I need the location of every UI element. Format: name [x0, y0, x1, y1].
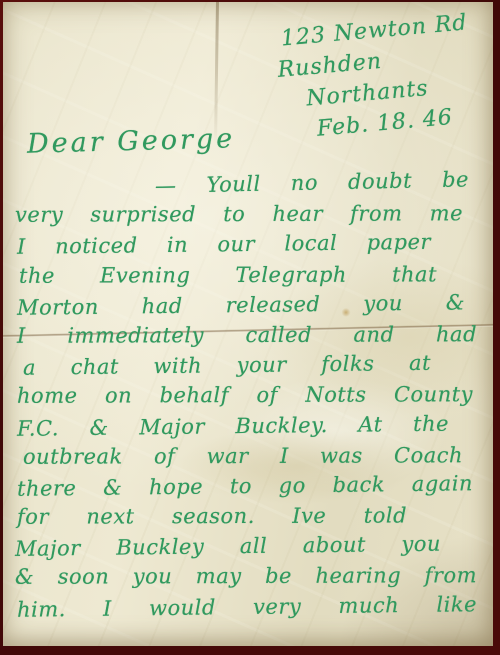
- body-line: him. I would very much like: [15, 589, 479, 625]
- body-line: I noticed in our local paper: [15, 227, 479, 263]
- body-line: & soon you may be hearing from: [15, 561, 479, 593]
- letter-body: — Youll no doubt be very surprised to he…: [15, 169, 479, 622]
- body-line: for next season. Ive told: [15, 500, 479, 532]
- body-line: there & hope to go back again: [15, 468, 479, 504]
- body-line: I immediately called and had: [15, 319, 479, 351]
- body-line: a chat with your folks at: [15, 347, 479, 383]
- letter-paper: 123 Newton Rd Rushden Northants Feb. 18.…: [3, 2, 493, 646]
- body-line: outbreak of war I was Coach: [15, 440, 479, 472]
- body-line: very surprised to hear from me: [15, 198, 479, 230]
- body-line: F.C. & Major Buckley. At the: [15, 408, 479, 444]
- body-line: the Evening Telegraph that: [15, 259, 479, 291]
- salutation: Dear George: [27, 123, 236, 159]
- letter-photo-frame: 123 Newton Rd Rushden Northants Feb. 18.…: [0, 0, 500, 655]
- body-line: Morton had released you &: [15, 287, 479, 323]
- body-line: home on behalf of Notts County: [15, 380, 479, 412]
- body-line: Major Buckley all about you: [15, 528, 479, 564]
- address-block: 123 Newton Rd Rushden Northants Feb. 18.…: [272, 6, 492, 148]
